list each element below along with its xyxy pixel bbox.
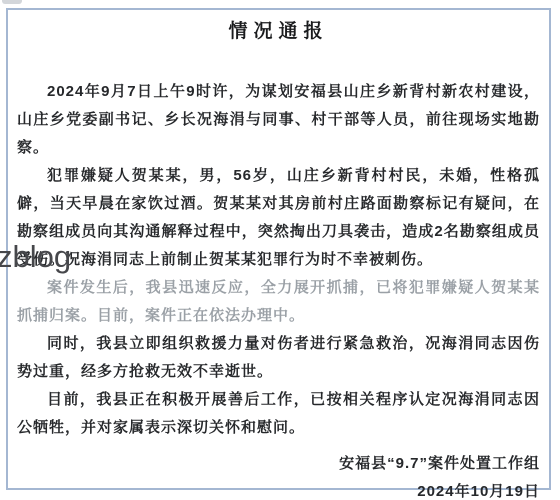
signature-org: 安福县“9.7”案件处置工作组 (17, 450, 540, 478)
notice-title: 情况通报 (17, 22, 540, 42)
notice-paragraph-3: 案件发生后，我县迅速反应，全力展开抓捕，已将犯罪嫌疑人贺某某抓捕归案。目前，案件… (17, 274, 540, 330)
corner-artifact (2, 0, 22, 4)
notice-body: 2024年9月7日上午9时许，为谋划安福县山庄乡新背村新农村建设，山庄乡党委副书… (17, 78, 540, 442)
notice-paragraph-5: 目前，我县正在积极开展善后工作，已按相关程序认定况海涓同志因公牺牲，并对家属表示… (17, 386, 540, 442)
signature-block: 安福县“9.7”案件处置工作组 2024年10月19日 (17, 450, 540, 500)
notice-paragraph-2: 犯罪嫌疑人贺某某，男，56岁，山庄乡新背村村民，未婚，性格孤僻，当天早晨在家饮过… (17, 162, 540, 274)
notice-paragraph-4: 同时，我县立即组织救援力量对伤者进行紧急救治，况海涓同志因伤势过重，经多方抢救无… (17, 330, 540, 386)
notice-page: 情况通报 2024年9月7日上午9时许，为谋划安福县山庄乡新背村新农村建设，山庄… (0, 0, 560, 500)
notice-document: 情况通报 2024年9月7日上午9时许，为谋划安福县山庄乡新背村新农村建设，山庄… (6, 8, 551, 490)
signature-date: 2024年10月19日 (17, 478, 540, 500)
notice-paragraph-1: 2024年9月7日上午9时许，为谋划安福县山庄乡新背村新农村建设，山庄乡党委副书… (17, 78, 540, 162)
